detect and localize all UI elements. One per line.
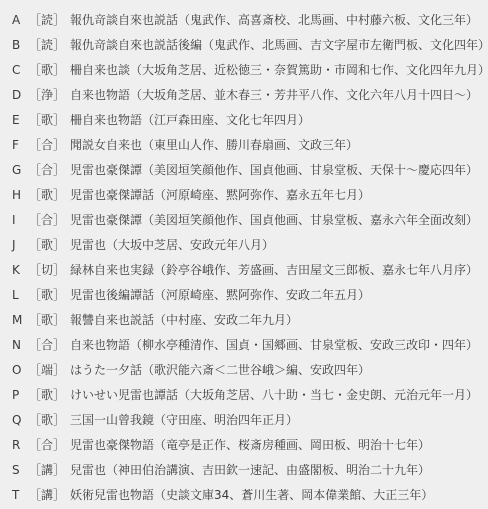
entry-category-badge: ［切］ <box>29 258 65 283</box>
entry-letter: O <box>12 358 29 383</box>
entry-category-badge: ［歌］ <box>29 108 65 133</box>
entry-letter: H <box>12 183 29 208</box>
entry-title: 報仇竒談自來也説話後編（鬼武作、北馬画、吉文字屋市左衛門板、文化四年） <box>70 33 488 58</box>
entry-letter: R <box>12 433 29 458</box>
list-item: Q［歌］三国一山曾我鏡（守田座、明治四年正月） <box>12 408 488 433</box>
list-item: N［合］自来也物語（柳水亭種清作、国貞・国郷画、甘泉堂板、安政三改印・四年） <box>12 333 488 358</box>
entry-title: 自来也物語（大坂角芝居、並木春三・芳井平八作、文化六年八月十四日～） <box>70 83 478 108</box>
entry-category-badge: ［端］ <box>29 358 65 383</box>
entry-category-badge: ［読］ <box>29 8 65 33</box>
list-item: H［歌］児雷也豪傑譚話（河原崎座、黙阿弥作、嘉永五年七月） <box>12 183 488 208</box>
list-item: T［講］妖術兒雷也物語（史談文庫34、蒼川生著、岡本偉業館、大正三年） <box>12 483 488 508</box>
list-item: M［歌］報讐自来也説話（中村座、安政二年九月） <box>12 308 488 333</box>
entry-title: 児雷也豪傑物語（竜亭是正作、桜斎房種画、岡田板、明治十七年） <box>70 433 430 458</box>
list-item: L［歌］児雷也後編譚話（河原崎座、黙阿弥作、安政二年五月） <box>12 283 488 308</box>
entry-category-badge: ［合］ <box>29 333 65 358</box>
entry-category-badge: ［合］ <box>29 158 65 183</box>
entry-category-badge: ［浄］ <box>29 83 65 108</box>
entry-letter: I <box>12 208 29 233</box>
entry-title: 柵自来也談（大坂角芝居、近松徳三・奈賀篤助・市岡和七作、文化四年九月） <box>70 58 488 83</box>
entry-category-badge: ［読］ <box>29 33 65 58</box>
entry-letter: S <box>12 458 29 483</box>
entry-title: 聞説女自来也（東里山人作、勝川春扇画、文政三年） <box>70 133 358 158</box>
entry-category-badge: ［歌］ <box>29 408 65 433</box>
entry-letter: M <box>12 308 29 333</box>
entry-title: 児雷也豪傑譚（美図垣笑顔他作、国貞他画、甘泉堂板、嘉永六年全面改刻） <box>70 208 478 233</box>
entry-category-badge: ［歌］ <box>29 383 65 408</box>
entry-title: 緑林自来也実録（鈴亭谷峨作、芳盛画、吉田屋文三郎板、嘉永七年八月序） <box>70 258 478 283</box>
list-item: F［合］聞説女自来也（東里山人作、勝川春扇画、文政三年） <box>12 133 488 158</box>
entry-title: けいせい児雷也譚話（大坂角芝居、八十助・当七・金史朗、元治元年一月） <box>70 383 478 408</box>
list-item: E［歌］柵自来也物語（江戸森田座、文化七年四月） <box>12 108 488 133</box>
entry-letter: E <box>12 108 29 133</box>
entry-title: 報讐自来也説話（中村座、安政二年九月） <box>70 308 298 333</box>
entry-letter: C <box>12 58 29 83</box>
list-item: B［読］報仇竒談自來也説話後編（鬼武作、北馬画、吉文字屋市左衛門板、文化四年） <box>12 33 488 58</box>
list-item: K［切］緑林自来也実録（鈴亭谷峨作、芳盛画、吉田屋文三郎板、嘉永七年八月序） <box>12 258 488 283</box>
entry-letter: T <box>12 483 29 508</box>
entry-category-badge: ［合］ <box>29 133 65 158</box>
entry-title: 児雷也後編譚話（河原崎座、黙阿弥作、安政二年五月） <box>70 283 370 308</box>
entry-title: 自来也物語（柳水亭種清作、国貞・国郷画、甘泉堂板、安政三改印・四年） <box>70 333 478 358</box>
entry-letter: G <box>12 158 29 183</box>
list-item: D［浄］自来也物語（大坂角芝居、並木春三・芳井平八作、文化六年八月十四日～） <box>12 83 488 108</box>
entry-title: 児雷也（大坂中芝居、安政元年八月） <box>70 233 274 258</box>
entry-title: 児雷也豪傑譚（美図垣笑顔他作、国貞他画、甘泉堂板、天保十～慶応四年） <box>70 158 478 183</box>
list-item: J［歌］児雷也（大坂中芝居、安政元年八月） <box>12 233 488 258</box>
list-item: P［歌］けいせい児雷也譚話（大坂角芝居、八十助・当七・金史朗、元治元年一月） <box>12 383 488 408</box>
entry-category-badge: ［歌］ <box>29 58 65 83</box>
list-item: G［合］児雷也豪傑譚（美図垣笑顔他作、国貞他画、甘泉堂板、天保十～慶応四年） <box>12 158 488 183</box>
entry-category-badge: ［歌］ <box>29 283 65 308</box>
entry-category-badge: ［歌］ <box>29 183 65 208</box>
entry-title: 児雷也豪傑譚話（河原崎座、黙阿弥作、嘉永五年七月） <box>70 183 370 208</box>
list-item: R［合］児雷也豪傑物語（竜亭是正作、桜斎房種画、岡田板、明治十七年） <box>12 433 488 458</box>
entry-letter: A <box>12 8 29 33</box>
entry-title: 妖術兒雷也物語（史談文庫34、蒼川生著、岡本偉業館、大正三年） <box>70 483 433 508</box>
list-item: I［合］児雷也豪傑譚（美図垣笑顔他作、国貞他画、甘泉堂板、嘉永六年全面改刻） <box>12 208 488 233</box>
entry-category-badge: ［歌］ <box>29 308 65 333</box>
list-item: S［講］兒雷也（神田伯治講演、吉田欽一速記、由盛閣板、明治二十九年） <box>12 458 488 483</box>
list-item: A［読］報仇竒談自來也説話（鬼武作、高喜斎校、北馬画、中村藤六板、文化三年） <box>12 8 488 33</box>
jiraiya-bibliography-list: A［読］報仇竒談自來也説話（鬼武作、高喜斎校、北馬画、中村藤六板、文化三年）B［… <box>0 0 488 508</box>
entry-letter: Q <box>12 408 29 433</box>
entry-letter: K <box>12 258 29 283</box>
entry-category-badge: ［合］ <box>29 208 65 233</box>
entry-letter: B <box>12 33 29 58</box>
entry-letter: J <box>12 233 29 258</box>
entry-title: 報仇竒談自來也説話（鬼武作、高喜斎校、北馬画、中村藤六板、文化三年） <box>70 8 478 33</box>
entry-title: 兒雷也（神田伯治講演、吉田欽一速記、由盛閣板、明治二十九年） <box>70 458 430 483</box>
entry-letter: D <box>12 83 29 108</box>
entry-letter: F <box>12 133 29 158</box>
entry-category-badge: ［歌］ <box>29 233 65 258</box>
list-item: C［歌］柵自来也談（大坂角芝居、近松徳三・奈賀篤助・市岡和七作、文化四年九月） <box>12 58 488 83</box>
entry-category-badge: ［合］ <box>29 433 65 458</box>
list-item: O［端］はうた一夕話（歌沢能六斎＜二世谷峨＞編、安政四年） <box>12 358 488 383</box>
entry-letter: L <box>12 283 29 308</box>
entry-letter: P <box>12 383 29 408</box>
entry-category-badge: ［講］ <box>29 483 65 508</box>
entry-letter: N <box>12 333 29 358</box>
entry-title: はうた一夕話（歌沢能六斎＜二世谷峨＞編、安政四年） <box>70 358 370 383</box>
entry-title: 三国一山曾我鏡（守田座、明治四年正月） <box>70 408 298 433</box>
entry-category-badge: ［講］ <box>29 458 65 483</box>
entry-title: 柵自来也物語（江戸森田座、文化七年四月） <box>70 108 310 133</box>
